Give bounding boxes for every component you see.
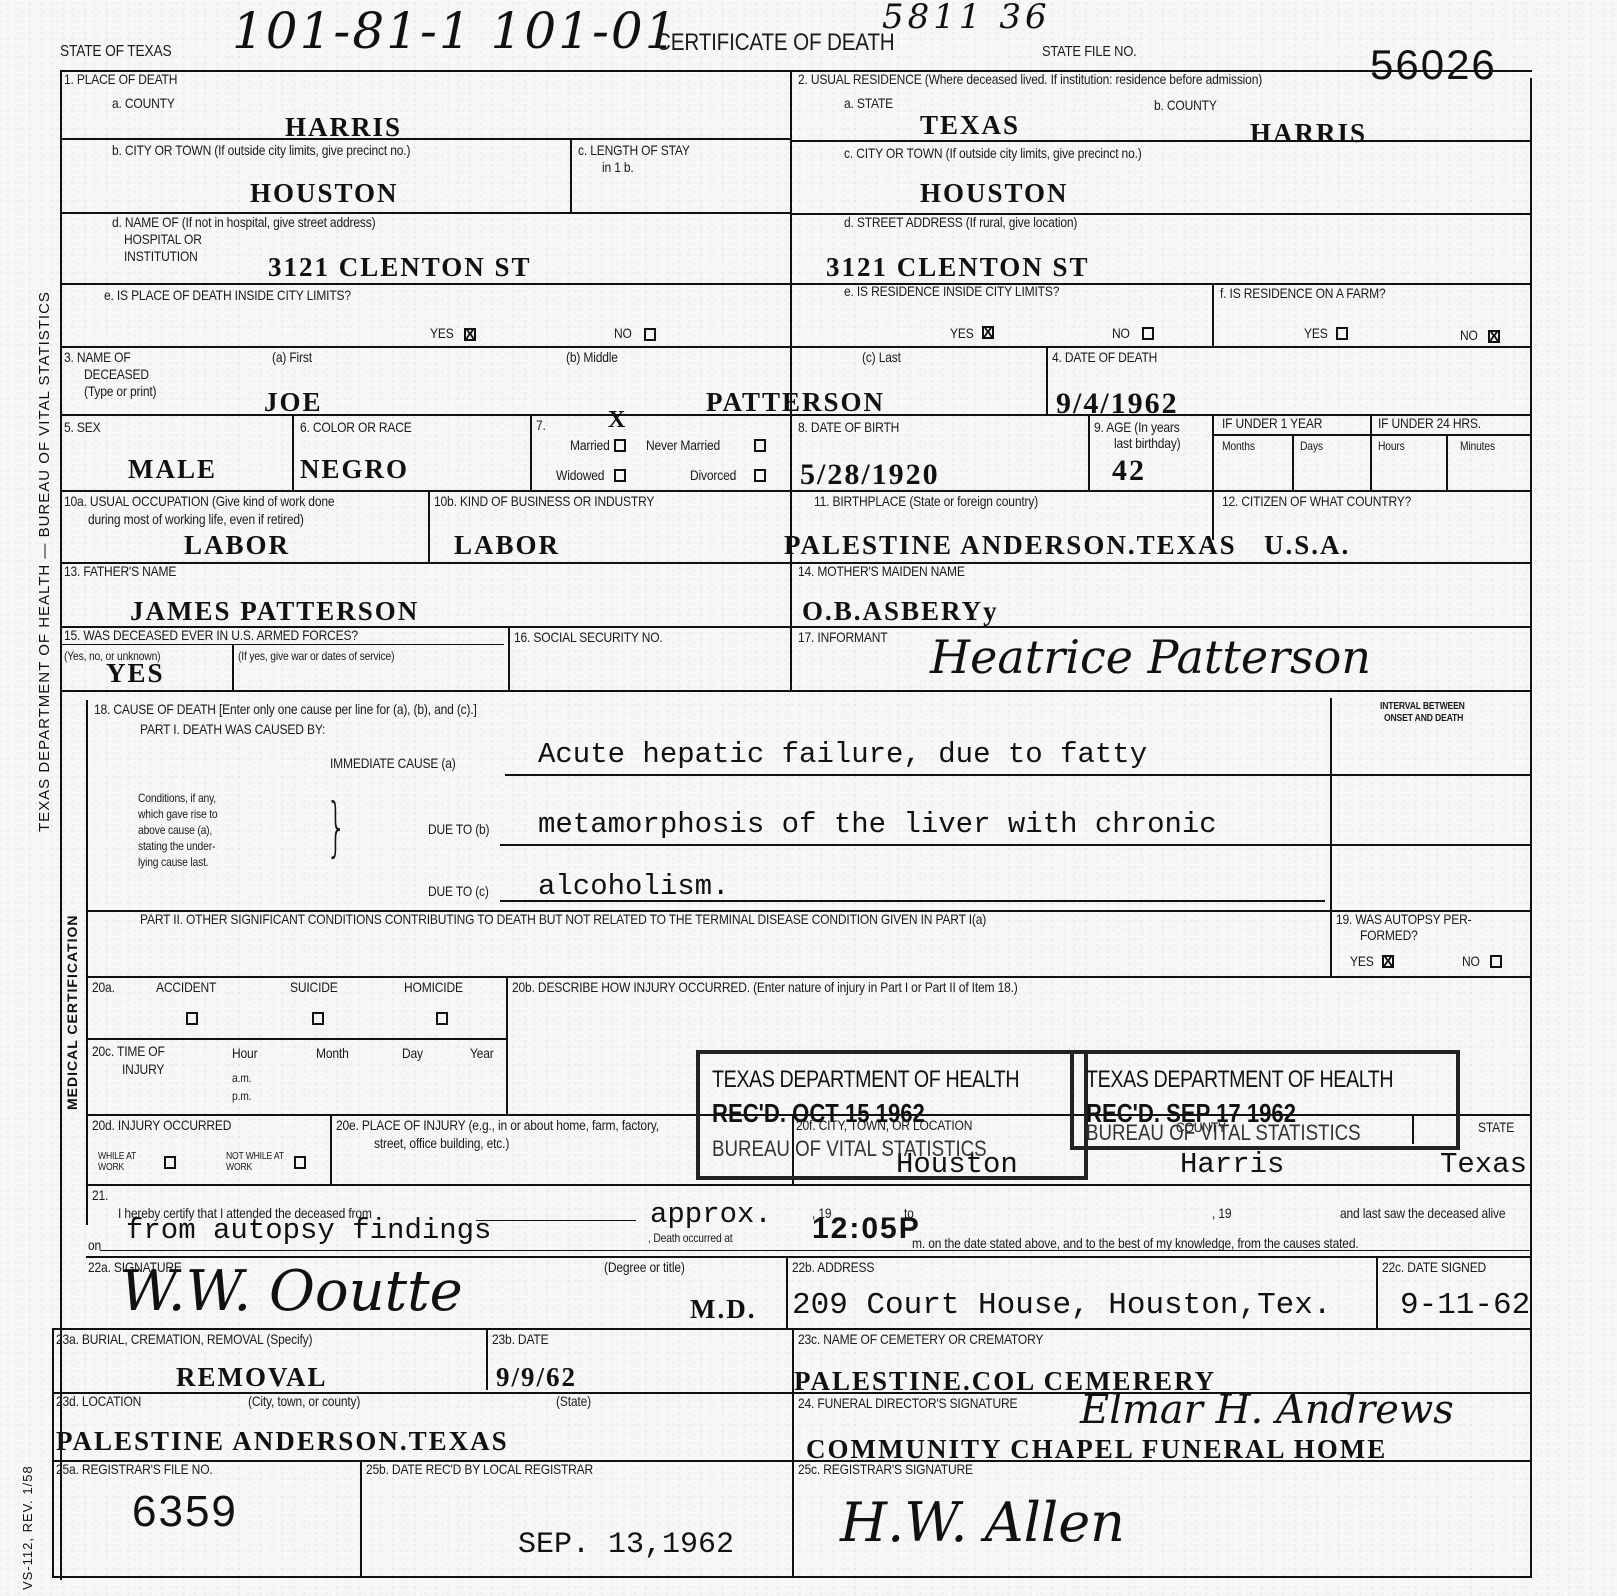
certificate-title: CERTIFICATE OF DEATH bbox=[656, 30, 895, 55]
homicide-checkbox[interactable] bbox=[436, 1012, 448, 1025]
birthplace: PALESTINE ANDERSON.TEXAS bbox=[784, 532, 1237, 559]
farm-yes-checkbox[interactable] bbox=[1336, 327, 1348, 340]
date-received-local-registrar: SEP. 13,1962 bbox=[518, 1530, 734, 1560]
handwritten-number: 5811 36 bbox=[882, 0, 1051, 34]
informant-signature: Heatrice Patterson bbox=[930, 634, 1371, 680]
while-at-work-checkbox[interactable] bbox=[164, 1156, 176, 1169]
received-stamp-oct: TEXAS DEPARTMENT OF HEALTH REC'D. OCT 15… bbox=[696, 1050, 1088, 1180]
place-of-death-county: HARRIS bbox=[285, 114, 402, 141]
deceased-last-name: PATTERSON bbox=[706, 389, 885, 416]
residence-city: HOUSTON bbox=[920, 180, 1069, 207]
disposition-method: REMOVAL bbox=[176, 1364, 328, 1391]
residence-state: TEXAS bbox=[920, 112, 1020, 139]
marital-mark: X bbox=[608, 408, 627, 432]
place-inside-city-yes-checkbox[interactable] bbox=[464, 328, 476, 341]
brace-icon: } bbox=[326, 796, 346, 860]
medical-certification-side-label: MEDICAL CERTIFICATION bbox=[64, 915, 80, 1110]
usual-occupation: LABOR bbox=[184, 532, 290, 559]
married-checkbox[interactable] bbox=[614, 439, 626, 452]
state-file-label: STATE FILE NO. bbox=[1042, 44, 1137, 60]
approx-note: approx. bbox=[650, 1200, 772, 1229]
cause-due-to-c: alcoholism. bbox=[538, 872, 729, 901]
registrar-signature: H.W. Allen bbox=[840, 1496, 1125, 1550]
physician-signature: W.W. Ooutte bbox=[120, 1264, 463, 1320]
hospital-institution: 3121 CLENTON ST bbox=[268, 254, 532, 281]
physician-degree: M.D. bbox=[690, 1296, 756, 1323]
accident-checkbox[interactable] bbox=[186, 1012, 198, 1025]
cause-due-to-b: metamorphosis of the liver with chronic bbox=[538, 810, 1217, 839]
suicide-checkbox[interactable] bbox=[312, 1012, 324, 1025]
disposition-location: PALESTINE ANDERSON.TEXAS bbox=[56, 1428, 509, 1455]
state-file-number: 56026 bbox=[1370, 44, 1497, 86]
autopsy-yes-checkbox[interactable] bbox=[1382, 955, 1394, 968]
deceased-first-name: JOE bbox=[264, 389, 323, 416]
citizenship: U.S.A. bbox=[1264, 532, 1350, 559]
autopsy-no-checkbox[interactable] bbox=[1490, 955, 1502, 968]
residence-inside-city-no-checkbox[interactable] bbox=[1142, 327, 1154, 340]
injury-county: Harris bbox=[1180, 1150, 1284, 1179]
divorced-checkbox[interactable] bbox=[754, 469, 766, 482]
received-stamp-sep: TEXAS DEPARTMENT OF HEALTH REC'D. SEP 17… bbox=[1070, 1050, 1460, 1150]
physician-address: 209 Court House, Houston,Tex. bbox=[792, 1290, 1332, 1321]
business-industry: LABOR bbox=[454, 532, 560, 559]
last-seen-note: from autopsy findings bbox=[126, 1216, 491, 1245]
immediate-cause: Acute hepatic failure, due to fatty bbox=[538, 740, 1147, 769]
form-number: VS-112, REV. 1/58 bbox=[20, 1465, 35, 1590]
state-heading: STATE OF TEXAS bbox=[60, 44, 172, 61]
not-while-at-work-checkbox[interactable] bbox=[294, 1156, 306, 1169]
farm-no-checkbox[interactable] bbox=[1488, 330, 1500, 343]
funeral-home: COMMUNITY CHAPEL FUNERAL HOME bbox=[806, 1436, 1387, 1463]
date-signed: 9-11-62 bbox=[1400, 1290, 1530, 1321]
age-value: 42 bbox=[1112, 456, 1146, 486]
widowed-checkbox[interactable] bbox=[614, 469, 626, 482]
death-certificate: STATE OF TEXAS 101-81-1 101-01 CERTIFICA… bbox=[0, 0, 1617, 1596]
residence-inside-city-yes-checkbox[interactable] bbox=[982, 326, 994, 339]
place-of-death-city: HOUSTON bbox=[250, 180, 399, 207]
armed-forces-value: YES bbox=[106, 660, 165, 687]
disposition-date: 9/9/62 bbox=[496, 1364, 577, 1391]
registrar-file-number: 6359 bbox=[132, 1490, 238, 1534]
sex-value: MALE bbox=[128, 456, 217, 483]
time-of-death: 12:05P bbox=[812, 1214, 921, 1244]
date-of-birth: 5/28/1920 bbox=[800, 460, 940, 490]
race-value: NEGRO bbox=[300, 456, 409, 483]
place-inside-city-no-checkbox[interactable] bbox=[644, 328, 656, 341]
fathers-name: JAMES PATTERSON bbox=[130, 598, 419, 625]
department-side-label: TEXAS DEPARTMENT OF HEALTH — BUREAU OF V… bbox=[36, 291, 53, 832]
residence-street: 3121 CLENTON ST bbox=[826, 254, 1090, 281]
residence-county: HARRIS bbox=[1250, 120, 1367, 147]
handwritten-codes: 101-81-1 101-01 bbox=[232, 6, 679, 56]
injury-state: Texas bbox=[1440, 1150, 1527, 1179]
never-married-checkbox[interactable] bbox=[754, 439, 766, 452]
mothers-maiden-name: O.B.ASBERYy bbox=[802, 598, 999, 625]
funeral-director-signature: Elmar H. Andrews bbox=[1080, 1390, 1454, 1430]
